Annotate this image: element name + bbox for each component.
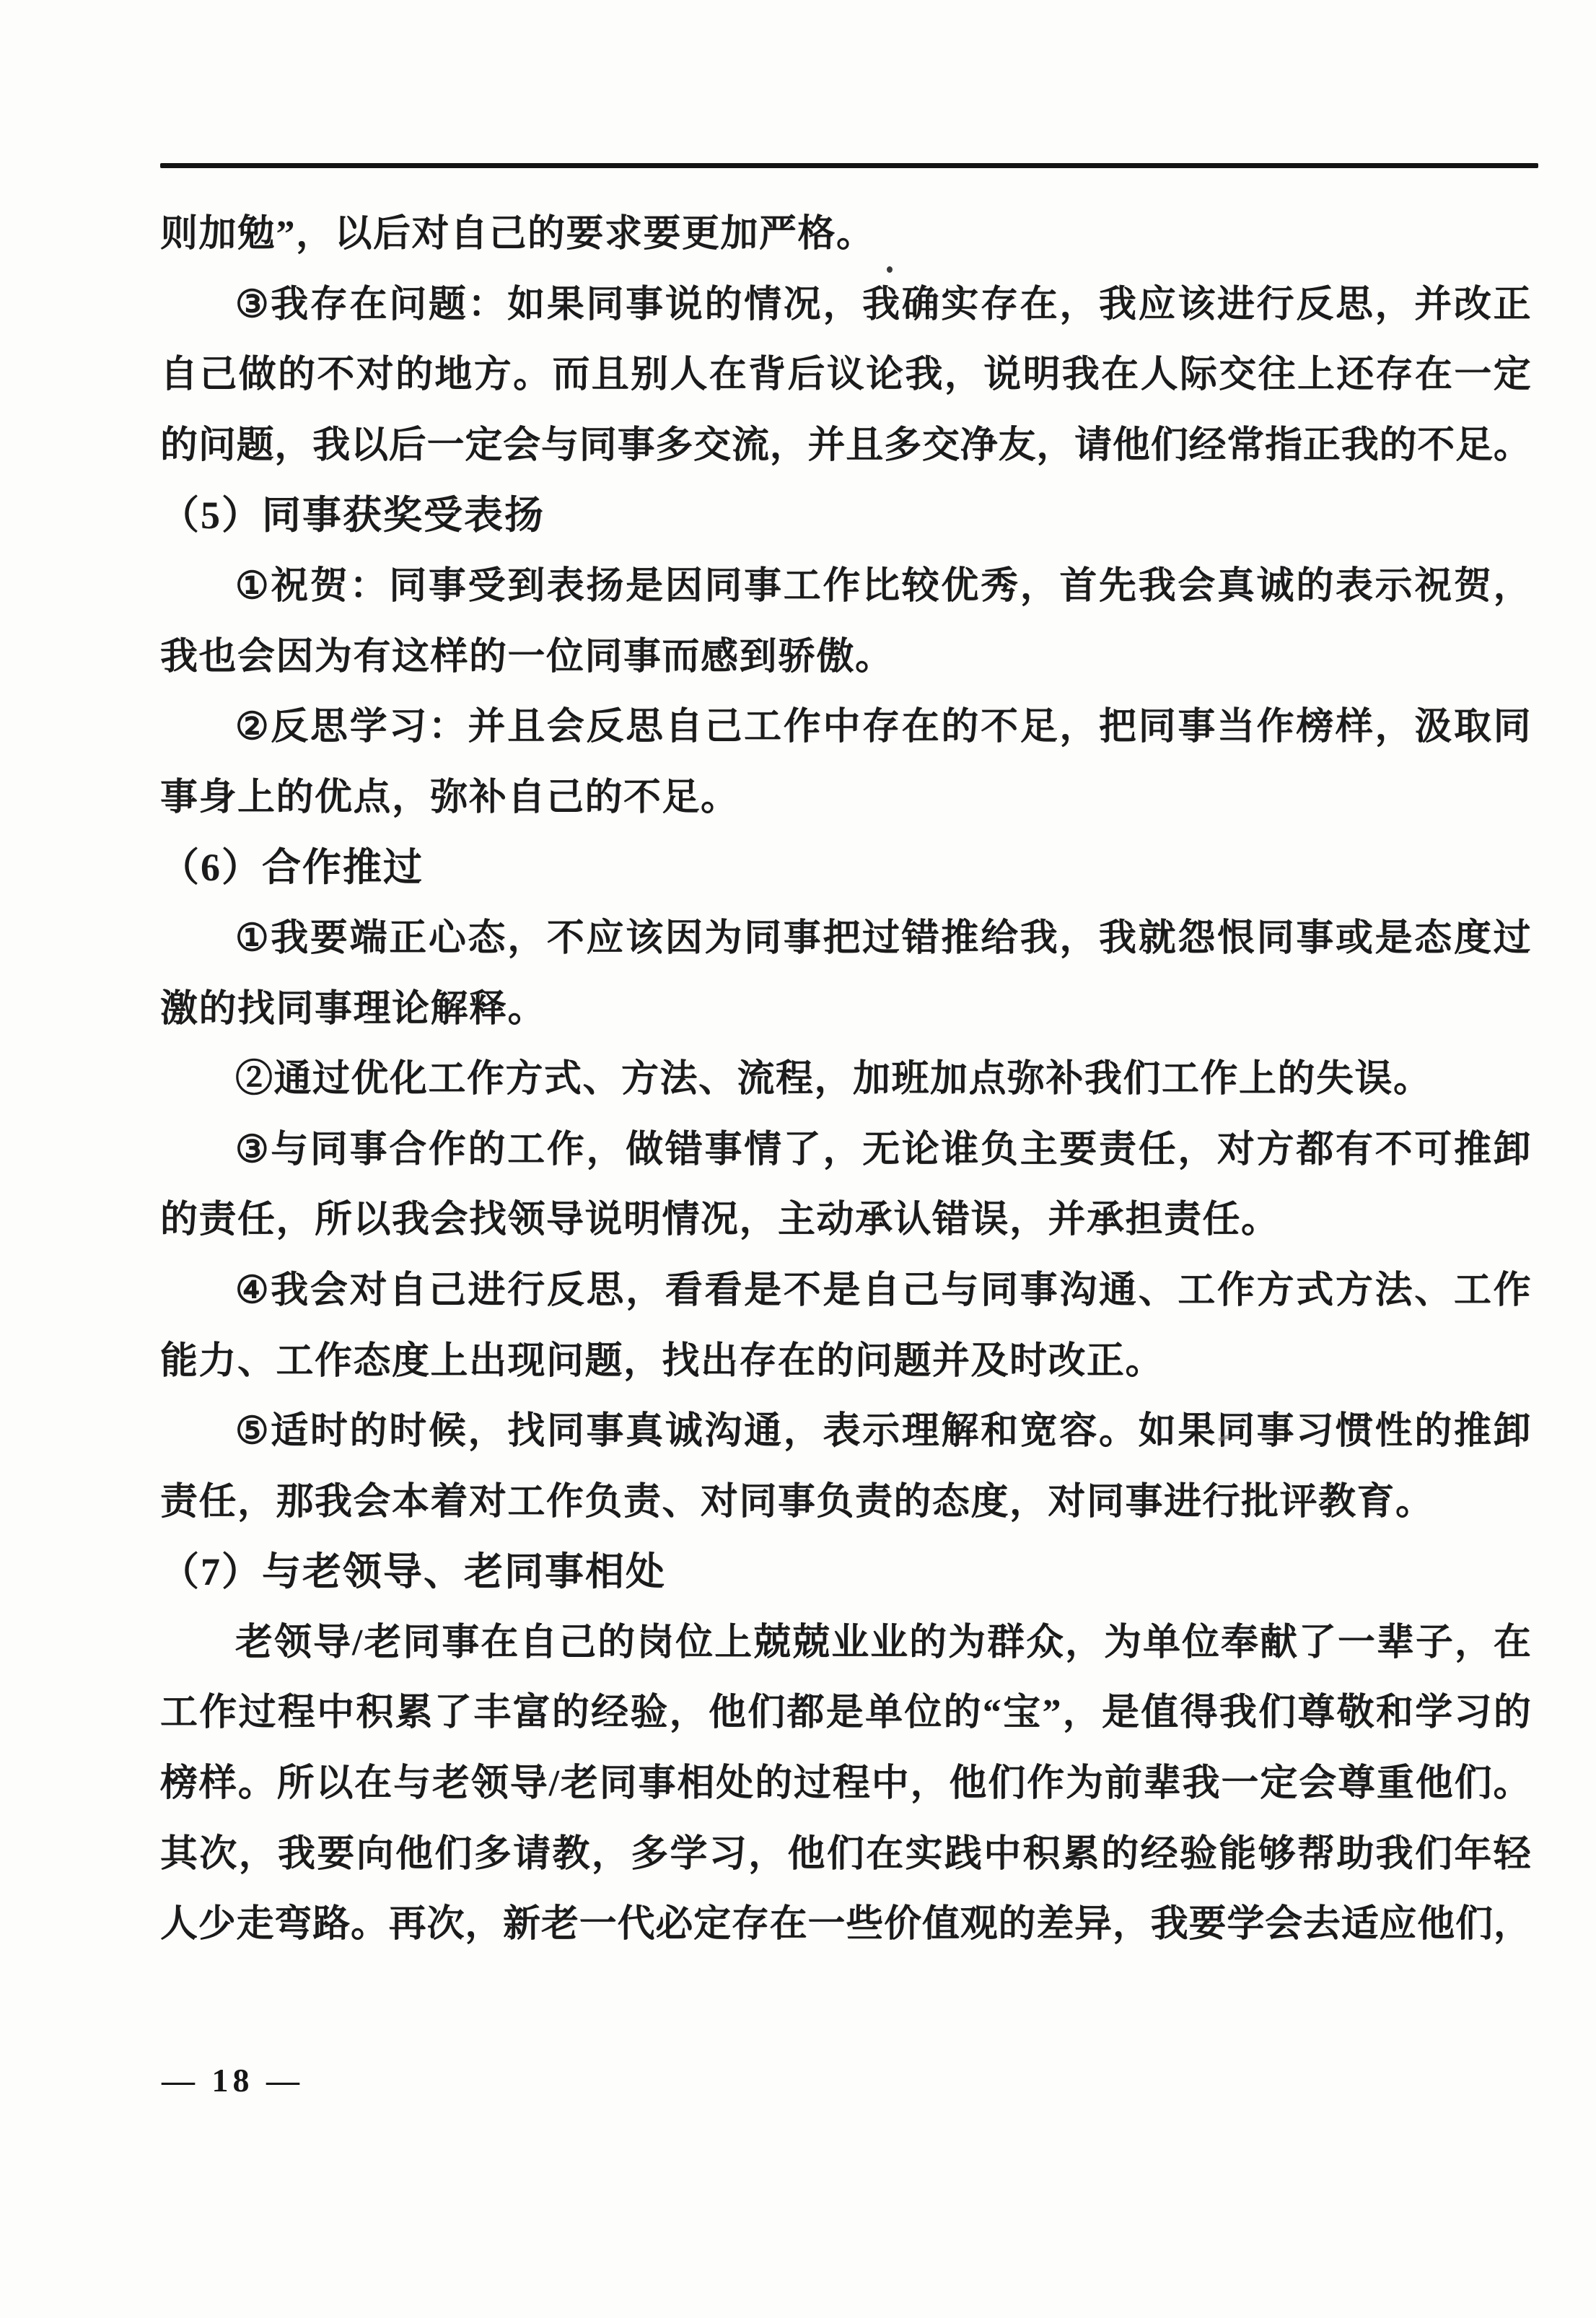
text-line: 事身上的优点，弥补自己的不足。 [160, 763, 1531, 834]
text-line: 的责任，所以我会找领导说明情况，主动承认错误，并承担责任。 [160, 1185, 1531, 1256]
text-line: 激的找同事理论解释。 [160, 974, 1531, 1045]
text-line: ②通过优化工作方式、方法、流程，加班加点弥补我们工作上的失误。 [160, 1044, 1531, 1115]
text-line: 其次，我要向他们多请教，多学习，他们在实践中积累的经验能够帮助我们年轻 [160, 1819, 1531, 1890]
text-body: 则加勉”，以后对自己的要求要更加严格。③我存在问题：如果同事说的情况，我确实存在… [160, 199, 1531, 1960]
section-heading: （7）与老领导、老同事相处 [160, 1537, 1531, 1608]
text-line: ⑤适时的时候，找同事真诚沟通，表示理解和宽容。如果同事习惯性的推卸 [160, 1396, 1531, 1467]
text-line: ③我存在问题：如果同事说的情况，我确实存在，我应该进行反思，并改正 [160, 270, 1531, 341]
section-heading: （6）合作推过 [160, 833, 1531, 904]
header-rule [160, 163, 1538, 168]
text-line: ②反思学习：并且会反思自己工作中存在的不足，把同事当作榜样，汲取同 [160, 692, 1531, 763]
text-line: 人少走弯路。再次，新老一代必定存在一些价值观的差异，我要学会去适应他们， [160, 1889, 1531, 1960]
text-line: 能力、工作态度上出现问题，找出存在的问题并及时改正。 [160, 1326, 1531, 1397]
text-line: 榜样。所以在与老领导/老同事相处的过程中，他们作为前辈我一定会尊重他们。 [160, 1749, 1531, 1819]
text-line: 自己做的不对的地方。而且别人在背后议论我，说明我在人际交往上还存在一定 [160, 340, 1531, 411]
text-line: ③与同事合作的工作，做错事情了，无论谁负主要责任，对方都有不可推卸 [160, 1115, 1531, 1186]
text-line: ①我要端正心态，不应该因为同事把过错推给我，我就怨恨同事或是态度过 [160, 904, 1531, 974]
section-heading: （5）同事获奖受表扬 [160, 481, 1531, 551]
text-line: 老领导/老同事在自己的岗位上兢兢业业的为群众，为单位奉献了一辈子，在 [160, 1608, 1531, 1679]
text-line: 工作过程中积累了丰富的经验，他们都是单位的“宝”，是值得我们尊敬和学习的 [160, 1678, 1531, 1749]
text-line: 我也会因为有这样的一位同事而感到骄傲。 [160, 622, 1531, 693]
text-line: 责任，那我会本着对工作负责、对同事负责的态度，对同事进行批评教育。 [160, 1467, 1531, 1538]
text-line: ①祝贺：同事受到表扬是因同事工作比较优秀，首先我会真诚的表示祝贺， [160, 551, 1531, 622]
text-line: ④我会对自己进行反思，看看是不是自己与同事沟通、工作方式方法、工作 [160, 1256, 1531, 1326]
text-line: 的问题，我以后一定会与同事多交流，并且多交净友，请他们经常指正我的不足。 [160, 411, 1531, 481]
page-number: — 18 — [162, 2061, 304, 2099]
scan-speck [887, 266, 893, 273]
text-line: 则加勉”，以后对自己的要求要更加严格。 [160, 199, 1531, 270]
document-page: 则加勉”，以后对自己的要求要更加严格。③我存在问题：如果同事说的情况，我确实存在… [0, 0, 1596, 2318]
